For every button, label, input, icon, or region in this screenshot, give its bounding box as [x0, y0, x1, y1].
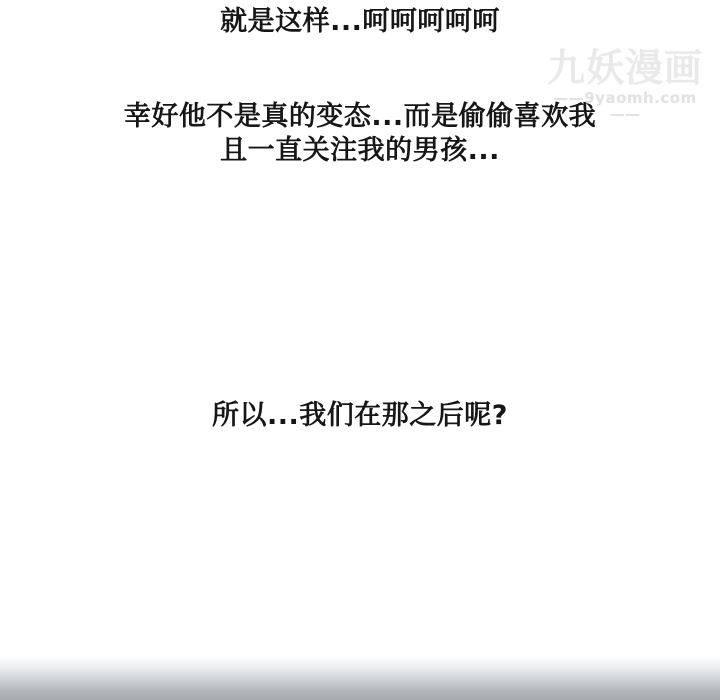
dialogue-caption-2-line1: 幸好他不是真的变态...而是偷偷喜欢我 [124, 101, 596, 132]
panel-bottom-fade [0, 656, 720, 700]
dialogue-caption-2: 幸好他不是真的变态...而是偷偷喜欢我且一直关注我的男孩... [0, 100, 720, 168]
dialogue-caption-1: 就是这样...呵呵呵呵呵 [0, 5, 720, 39]
comic-page: 就是这样...呵呵呵呵呵 幸好他不是真的变态...而是偷偷喜欢我且一直关注我的男… [0, 0, 720, 700]
dialogue-caption-2-line2: 且一直关注我的男孩... [220, 135, 500, 166]
dialogue-caption-3: 所以...我们在那之后呢? [0, 399, 720, 433]
watermark-site-name: 九妖漫画 [540, 48, 710, 88]
